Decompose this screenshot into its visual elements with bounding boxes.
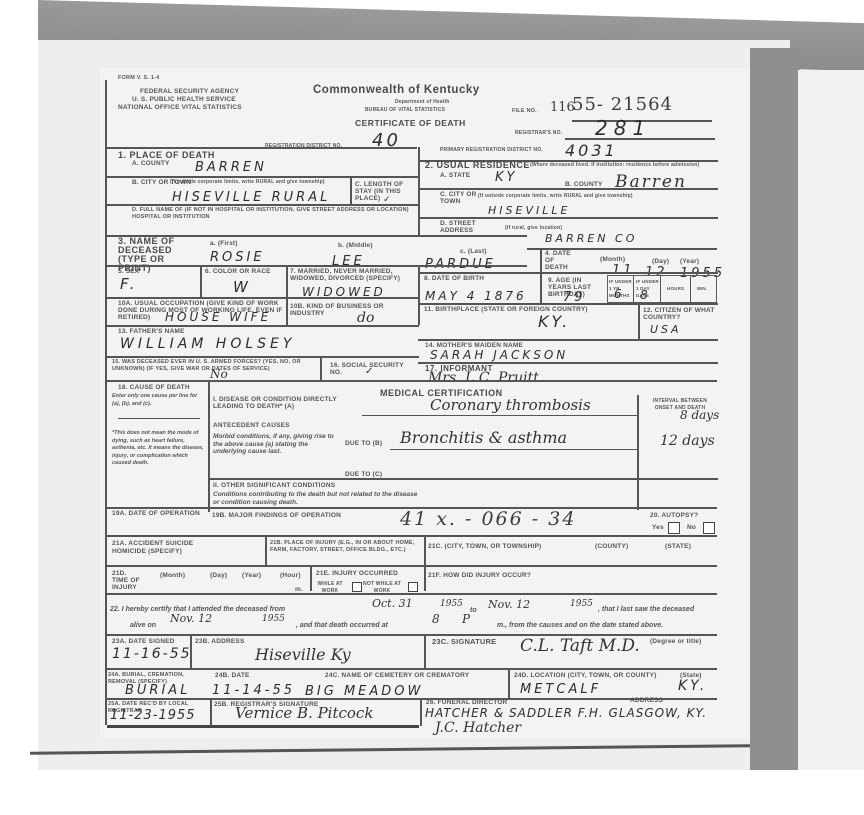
place-of-death-label: 1. Place of Death [118, 150, 215, 160]
informant: Mrs. L.C. Pruitt [428, 370, 539, 386]
rule-8 [418, 265, 420, 325]
min-label: Min. [697, 285, 707, 292]
registrar-number: 281 [595, 116, 651, 140]
cert-to-year: 1955 [570, 599, 593, 609]
cert-to-date: Nov. 12 [488, 598, 530, 611]
primary-district-label: Primary Registration District No. [440, 147, 543, 154]
under1-days: 8 [640, 288, 651, 302]
rule-2c [418, 188, 718, 190]
rule-cause-col [208, 380, 210, 512]
rule-24d [508, 668, 510, 698]
middle-name: LEE [332, 254, 365, 269]
physician-signature: C.L. Taft M.D. [520, 636, 640, 656]
last-name-label: c. (Last) [460, 248, 487, 255]
residence-note: (Where deceased lived. If institution: r… [530, 162, 710, 169]
bureau: Bureau of Vital Statistics [365, 107, 445, 114]
cemetery-label: 24c. Name of Cemetery or Crematory [325, 672, 469, 679]
institution-label: d. Full Name of (If not in hospital or i… [132, 207, 412, 221]
res-county-label: b. County [565, 181, 603, 188]
autopsy-yes-checkbox[interactable] [668, 522, 680, 534]
cert-alive-year: 1955 [262, 614, 285, 624]
how-injury-label: 21f. How Did Injury Occur? [428, 572, 531, 579]
rule-6 [200, 265, 202, 297]
business-label: 10b. Kind of Business or Industry [290, 303, 415, 317]
father-name: WILLIAM HOLSEY [120, 336, 295, 352]
birthplace: KY. [538, 312, 570, 331]
rule-11 [418, 303, 718, 305]
rule-22 [107, 593, 717, 595]
city-note: (If outside corporate limits, write RURA… [170, 179, 360, 186]
grid-div-2 [660, 275, 661, 303]
injury-state-label: (State) [665, 543, 691, 550]
other-conditions-label: II. Other Significant Conditions [213, 482, 335, 489]
dob-label: 8. Date of Birth [424, 275, 484, 282]
date-signed-label: 23a. Date Signed [112, 638, 175, 645]
header-rule-left [107, 147, 417, 149]
funeral-director-signature: J.C. Hatcher [435, 720, 521, 736]
funeral-director: HATCHER & SADDLER F.H. GLASGOW, KY. [425, 706, 707, 720]
dod-year-label: (Year) [680, 258, 699, 265]
rule-25b [210, 698, 212, 726]
injury-county-label: (County) [595, 543, 628, 550]
time-of-injury-label: 21d. Time of Injury [112, 570, 142, 591]
scan-adjacent-paper [798, 70, 864, 815]
rule-18 [107, 380, 717, 382]
cause-note: Enter only one cause per line for (a), (… [112, 393, 206, 408]
county-label: a. County [132, 160, 170, 167]
physician-address: Hiseville Ky [255, 645, 351, 664]
date-received: 11-23-1955 [110, 708, 196, 723]
rule-10 [107, 297, 419, 299]
cert-statement-2: , that I last saw the deceased [598, 606, 694, 614]
cert-from-year: 1955 [440, 599, 463, 609]
while-at-work-checkbox[interactable] [352, 582, 362, 592]
rule-12 [638, 303, 640, 339]
burial-state: KY. [678, 678, 707, 694]
burial-location: METCALF [520, 682, 601, 697]
burial-date: 11-14-55 [212, 683, 295, 698]
scan-border-right [750, 48, 800, 815]
department: Department of Health [395, 99, 450, 106]
date-signed: 11-16-55 [112, 646, 192, 662]
ssn: ✓ [365, 366, 376, 377]
injury-occurred-label: 21e. Injury Occurred [316, 570, 398, 577]
form-number: Form V. S. 1-4 [118, 75, 159, 82]
cause-footnote: *This does not mean the mode of dying, s… [112, 430, 206, 468]
time-day-label: (Day) [210, 572, 227, 579]
grid-div-3 [690, 275, 691, 303]
rule-other [208, 478, 718, 480]
dod-month-label: (Month) [600, 256, 625, 263]
col-divider-top [418, 147, 420, 235]
rule-25 [107, 698, 717, 700]
date-of-birth: MAY 4 1876 [425, 289, 527, 303]
usual-residence-label: 2. Usual Residence [425, 160, 530, 170]
cemetery-name: BIG MEADOW [305, 684, 423, 699]
registrar-underline [565, 138, 715, 140]
marital-label: 7. Married, Never Married, Widowed, Divo… [290, 268, 420, 282]
morbid-note: Morbid conditions, if any, giving rise t… [213, 433, 338, 456]
cert-alive-on-label: alive on [130, 622, 156, 630]
cert-time-suffix: P [462, 612, 470, 626]
rule-23b [190, 634, 192, 670]
race: W [233, 278, 251, 296]
rule-2d [418, 217, 718, 219]
due-to-c-label: Due to (c) [345, 471, 382, 478]
cert-alive-on: Nov. 12 [170, 612, 212, 625]
cert-to-word: to [470, 607, 477, 615]
cert-statement-3: , and that death occurred at [296, 622, 388, 630]
middle-name-label: b. (Middle) [338, 242, 373, 249]
rule-8b [418, 272, 718, 274]
rule-1d [107, 204, 418, 206]
file-no-label: File No. [512, 108, 537, 115]
operation-findings: 41 x. - 066 - 34 [400, 508, 576, 530]
race-label: 6. Color or Race [205, 268, 271, 275]
sex: F. [120, 275, 137, 293]
res-state-label: a. State [440, 172, 470, 179]
certificate-title: Certificate of Death [355, 118, 466, 128]
rule-21 [107, 535, 717, 537]
interval-a: 8 days [680, 408, 719, 422]
time-month-label: (Month) [160, 572, 185, 579]
res-street-label: d. Street Address [440, 220, 480, 234]
mother-name: SARAH JACKSON [430, 348, 568, 362]
sex-label: 5. Sex [118, 268, 139, 275]
rule-15 [107, 356, 419, 358]
first-name: ROSIE [210, 250, 265, 265]
grid-div-1 [633, 275, 634, 303]
scan-margin-bottom [0, 770, 864, 815]
funeral-address-label: Address [630, 697, 663, 704]
rule-21d [107, 565, 717, 567]
not-at-work-checkbox[interactable] [408, 582, 418, 592]
location-label: 24d. Location (City, town, or county) [514, 672, 657, 679]
time-hour-label: (Hour) [280, 572, 301, 579]
rule-21e [310, 565, 312, 591]
cause-a: Coronary thrombosis [430, 396, 591, 414]
disease-label: I. Disease or Condition Directly Leading… [213, 396, 363, 410]
registrar-signature: Vernice B. Pitcock [235, 704, 373, 722]
cause-b-line [390, 449, 637, 450]
cause-a-line [362, 415, 637, 416]
rule-23c [424, 634, 426, 670]
due-to-b-label: Due to (b) [345, 440, 382, 447]
hours-label: Hours [667, 285, 684, 292]
cert-time: 8 [432, 612, 440, 626]
res-street: BARREN CO [545, 232, 637, 245]
address-label: 23b. Address [195, 638, 244, 645]
rule-1b [107, 176, 418, 178]
document-title: Commonwealth of Kentucky [313, 84, 480, 96]
other-conditions-note: Conditions contributing to the death but… [213, 491, 423, 506]
time-year-label: (Year) [242, 572, 261, 579]
res-city: HISEVILLE [488, 204, 570, 217]
cause-b: Bronchitis & asthma [400, 428, 567, 447]
burial-method: BURIAL [125, 683, 190, 698]
signature-title-label: (Degree or title) [650, 638, 701, 645]
registrar-no-label: Registrar's No. [515, 130, 562, 137]
citizen: USA [650, 323, 682, 336]
rule-1c [350, 176, 352, 204]
injury-location-label: 21c. (City, Town, or Township) [428, 543, 541, 550]
dod-day-label: (Day) [652, 258, 669, 265]
autopsy-no-checkbox[interactable] [703, 522, 715, 534]
occupation: HOUSE WIFE [165, 310, 271, 324]
accident-label: 21a. Accident Suicide Homicide (Specify) [112, 540, 212, 556]
operation-findings-label: 19b. Major Findings of Operation [212, 512, 341, 519]
father-label: 13. Father's Name [118, 328, 185, 335]
agency-line-3: National Office Vital Statistics [118, 104, 242, 111]
rule-interval-col [637, 395, 639, 510]
rule-21b [265, 535, 267, 565]
armed-forces: No [210, 367, 228, 381]
primary-district: 4031 [565, 141, 618, 160]
autopsy-label: 20. Autopsy? [650, 512, 698, 519]
death-city: HISEVILLE RURAL [172, 190, 330, 205]
autopsy-no-label: No [687, 524, 696, 531]
under1-months: 6 [614, 287, 625, 301]
rule-21c [424, 535, 426, 591]
agency-line-2: U. S. Public Health Service [132, 96, 236, 103]
rule-bottom [107, 725, 419, 728]
death-county: BARREN [195, 160, 267, 175]
place-of-injury-label: 21b. Place of Injury (e.g., in or about … [270, 540, 425, 554]
rule-13 [107, 325, 419, 327]
cause-of-death-label: 18. Cause of Death [118, 384, 190, 391]
rule-5 [107, 265, 527, 267]
interval-b: 12 days [660, 433, 715, 449]
file-number: 55- 21564 [572, 94, 673, 115]
time-m-label: m. [295, 586, 303, 593]
antecedent-label: Antecedent Causes [213, 422, 290, 429]
cert-statement-4: m., from the causes and on the date stat… [497, 622, 663, 630]
agency-line-1: Federal Security Agency [140, 88, 239, 95]
rule-16 [320, 356, 322, 380]
citizen-label: 12. Citizen of What Country? [643, 307, 718, 321]
autopsy-yes-label: Yes [652, 524, 664, 531]
cert-from-date: Oct. 31 [372, 597, 413, 610]
signature-label: 23c. Signature [432, 638, 496, 645]
rule-14 [418, 339, 718, 341]
res-state: KY [495, 170, 517, 185]
res-city-note: (If outside corporate limits, write RURA… [478, 193, 708, 200]
rule-26 [420, 698, 422, 726]
res-city-label: c. City or Town [440, 191, 480, 205]
rule-4 [540, 248, 542, 303]
rule-24 [107, 668, 717, 670]
operation-date-label: 19a. Date of Operation [112, 510, 207, 517]
funeral-director-label: 26. Funeral Director [426, 699, 507, 706]
first-name-label: a. (First) [210, 240, 238, 247]
res-street-note: (If rural, give location) [505, 225, 562, 232]
cause-note-divider [118, 418, 200, 419]
business: do [357, 310, 374, 326]
date-of-death-label: 4. Date of Death [545, 250, 575, 271]
burial-date-label: 24b. Date [215, 672, 250, 679]
